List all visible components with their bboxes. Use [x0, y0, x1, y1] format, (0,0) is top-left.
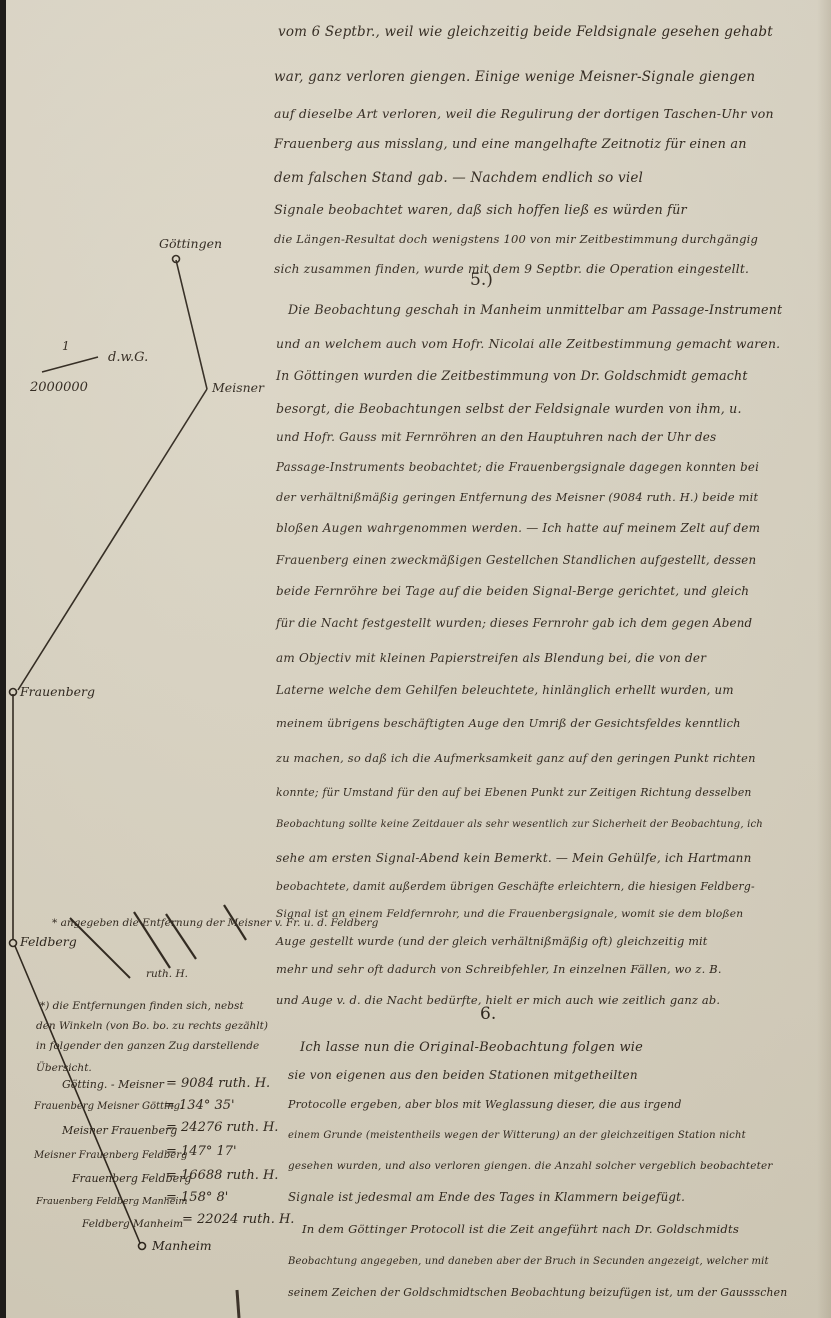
text-line: Die Beobachtung geschah in Manheim unmit…: [288, 302, 782, 317]
text-line: Ich lasse nun die Original-Beobachtung f…: [300, 1040, 643, 1055]
calc-value: = 134° 35': [164, 1098, 235, 1113]
text-line: der verhältnißmäßig geringen Entfernung …: [276, 490, 758, 504]
text-line: seinem Zeichen der Goldschmidtschen Beob…: [288, 1286, 787, 1299]
scale-denominator: 2000000: [30, 380, 88, 395]
text-line: In Göttingen wurden die Zeitbestimmung v…: [276, 368, 748, 383]
calc-label: Frauenberg Feldberg Manheim: [36, 1196, 187, 1207]
calc-label: Götting. - Meisner: [62, 1078, 164, 1091]
text-line: meinem übrigens beschäftigten Auge den U…: [276, 716, 741, 730]
calc-value: = 16688 ruth. H.: [166, 1168, 278, 1183]
calc-value: = 158° 8': [166, 1190, 228, 1205]
calc-value: = 9084 ruth. H.: [166, 1076, 270, 1091]
text-line: beide Fernröhre bei Tage auf die beiden …: [276, 584, 749, 598]
calc-label: Meisner Frauenberg Feldberg: [34, 1150, 187, 1161]
text-line: mehr und sehr oft dadurch von Schreibfeh…: [276, 962, 722, 976]
footnote-line: Übersicht.: [36, 1062, 92, 1074]
text-line: besorgt, die Beobachtungen selbst der Fe…: [276, 401, 742, 416]
scale-unit-note: d.w.G.: [108, 350, 148, 365]
text-line: Frauenberg aus misslang, und eine mangel…: [274, 137, 747, 152]
text-line: vom 6 Septbr., weil wie gleichzeitig bei…: [278, 24, 773, 40]
calc-label: Feldberg Manheim: [82, 1218, 183, 1230]
line-meisner-frauenberg: [18, 389, 207, 690]
text-line: Signale ist jedesmal am Ende des Tages i…: [288, 1190, 685, 1204]
text-line: Protocolle ergeben, aber blos mit Weglas…: [288, 1098, 682, 1111]
section-heading-6: 6.: [480, 1004, 496, 1024]
station-label-manheim: Manheim: [152, 1238, 212, 1253]
text-line: am Objectiv mit kleinen Papierstreifen a…: [276, 651, 706, 665]
text-line: Beobachtung sollte keine Zeitdauer als s…: [276, 819, 763, 830]
text-line: Frauenberg einen zweckmäßigen Gestellche…: [276, 553, 756, 567]
text-line: beobachtete, damit außerdem übrigen Gesc…: [276, 880, 755, 893]
text-line: Signale beobachtet waren, daß sich hoffe…: [274, 203, 687, 218]
text-line: und an welchem auch vom Hofr. Nicolai al…: [276, 336, 780, 351]
calc-value: = 22024 ruth. H.: [182, 1212, 294, 1227]
calc-label: Meisner Frauenberg: [62, 1124, 177, 1137]
text-line: Laterne welche dem Gehilfen beleuchtete,…: [276, 683, 734, 697]
manuscript-page: Göttingen Meisner Frauenberg Feldberg Ma…: [6, 0, 831, 1318]
section-heading-5: 5.): [470, 270, 493, 290]
text-line: und Auge v. d. die Nacht bedürfte, hielt…: [276, 993, 720, 1007]
station-label-goettingen: Göttingen: [159, 236, 222, 251]
text-line: war, ganz verloren giengen. Einige wenig…: [274, 69, 755, 85]
text-line: konnte; für Umstand für den auf bei Eben…: [276, 786, 752, 799]
text-line: bloßen Augen wahrgenommen werden. — Ich …: [276, 521, 760, 535]
text-line: und Hofr. Gauss mit Fernröhren an den Ha…: [276, 430, 716, 444]
text-line: gesehen wurden, und also verloren gienge…: [288, 1160, 773, 1172]
footnote-line: den Winkeln (von Bo. bo. zu rechts gezäh…: [36, 1020, 268, 1032]
text-line: die Längen-Resultat doch wenigstens 100 …: [274, 232, 758, 246]
text-line: zu machen, so daß ich die Aufmerksamkeit…: [276, 751, 756, 765]
text-line: Signal ist an einem Feldfernrohr, und di…: [276, 908, 743, 920]
text-line: Beobachtung angegeben, und daneben aber …: [288, 1256, 769, 1267]
text-line: Auge gestellt wurde (und der gleich verh…: [276, 935, 708, 948]
station-label-feldberg: Feldberg: [20, 934, 77, 949]
station-label-meisner: Meisner: [212, 380, 264, 395]
line-goettingen-meisner: [176, 260, 207, 389]
scale-numerator: 1: [62, 339, 70, 353]
calc-label: Frauenberg Meisner Götting.: [34, 1101, 183, 1112]
text-line: sich zusammen finden, wurde mit dem 9 Se…: [274, 262, 749, 276]
text-line: sehe am ersten Signal-Abend kein Bemerkt…: [276, 851, 752, 865]
text-line: auf dieselbe Art verloren, weil die Regu…: [274, 106, 774, 121]
footnote-line: in folgender den ganzen Zug darstellende: [36, 1040, 259, 1052]
station-marker-feldberg: [10, 940, 17, 947]
text-line: einem Grunde (meistentheils wegen der Wi…: [288, 1130, 746, 1141]
station-marker-manheim: [139, 1243, 146, 1250]
text-line: für die Nacht festgestellt wurden; diese…: [276, 616, 752, 630]
margin-note-struck-units: ruth. H.: [146, 968, 188, 980]
text-line: Passage-Instruments beobachtet; die Frau…: [276, 460, 759, 474]
text-line: In dem Göttinger Protocoll ist die Zeit …: [302, 1222, 739, 1236]
text-line: dem falschen Stand gab. — Nachdem endlic…: [274, 170, 643, 186]
text-line: sie von eigenen aus den beiden Stationen…: [288, 1068, 638, 1082]
station-label-frauenberg: Frauenberg: [20, 684, 95, 699]
footnote-line: *) die Entfernungen finden sich, nebst: [40, 1000, 244, 1012]
calc-value: = 24276 ruth. H.: [166, 1120, 278, 1135]
scale-fraction-bar: [42, 357, 98, 372]
calc-value: = 147° 17': [166, 1144, 237, 1159]
